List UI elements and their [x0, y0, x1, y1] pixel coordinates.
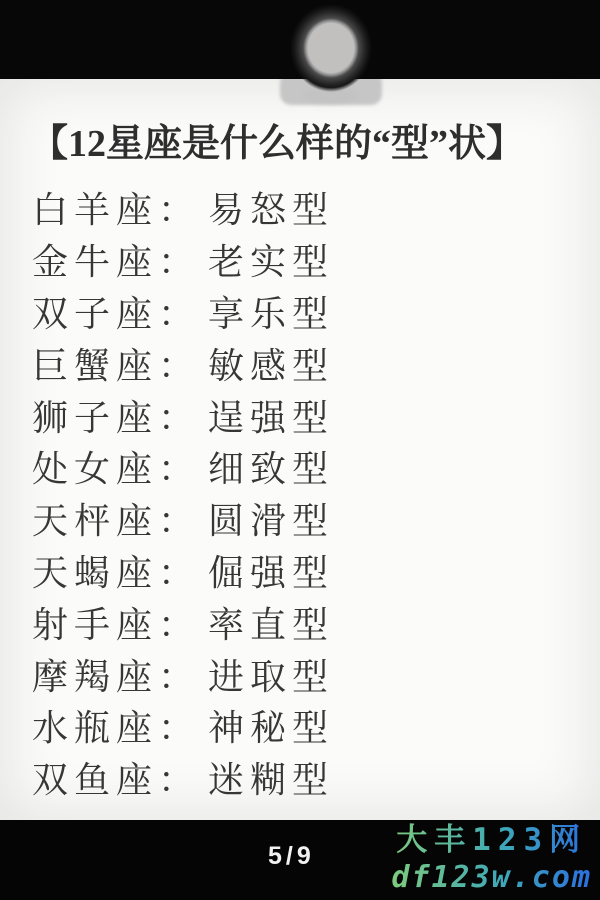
zodiac-row-aries: 白羊座： 易怒型	[32, 182, 600, 234]
camera-lens-icon	[290, 4, 372, 92]
zodiac-type: 敏感型	[208, 338, 334, 389]
zodiac-type: 迷糊型	[208, 752, 334, 803]
zodiac-row-taurus: 金牛座： 老实型	[32, 234, 600, 286]
zodiac-row-virgo: 处女座： 细致型	[32, 441, 600, 493]
zodiac-sign: 双鱼座：	[32, 752, 200, 803]
zodiac-sign: 狮子座：	[32, 390, 200, 441]
zodiac-type: 圆滑型	[208, 493, 334, 544]
bottom-black-bar: 5/9 大丰123网 df123w.com	[0, 820, 600, 900]
zodiac-sign: 处女座：	[32, 441, 200, 492]
zodiac-row-aquarius: 水瓶座： 神秘型	[32, 700, 600, 752]
zodiac-type: 逞强型	[208, 390, 334, 441]
zodiac-type: 神秘型	[208, 700, 334, 751]
watermark: 大丰123网 df123w.com	[391, 821, 592, 897]
content-area: 【12星座是什么样的“型”状】 白羊座： 易怒型 金牛座： 老实型 双子座： 享…	[0, 79, 600, 820]
zodiac-sign: 天枰座：	[32, 493, 200, 544]
zodiac-type: 享乐型	[208, 286, 334, 337]
zodiac-type: 细致型	[208, 441, 334, 492]
zodiac-type: 易怒型	[208, 182, 334, 233]
zodiac-type: 进取型	[208, 649, 334, 700]
zodiac-row-sagittarius: 射手座： 率直型	[32, 596, 600, 648]
watermark-site-url: df123w.com	[391, 859, 592, 897]
zodiac-sign: 摩羯座：	[32, 649, 200, 700]
watermark-site-name: 大丰123网	[391, 821, 592, 859]
zodiac-row-gemini: 双子座： 享乐型	[32, 286, 600, 338]
zodiac-row-pisces: 双鱼座： 迷糊型	[32, 752, 600, 804]
page-indicator: 5/9	[268, 842, 315, 871]
zodiac-sign: 巨蟹座：	[32, 338, 200, 389]
zodiac-row-capricorn: 摩羯座： 进取型	[32, 648, 600, 700]
zodiac-list: 白羊座： 易怒型 金牛座： 老实型 双子座： 享乐型 巨蟹座： 敏感型 狮子座：…	[32, 182, 600, 804]
zodiac-type: 老实型	[208, 234, 334, 285]
zodiac-sign: 金牛座：	[32, 234, 200, 285]
zodiac-sign: 射手座：	[32, 597, 200, 648]
zodiac-type: 倔强型	[208, 545, 334, 596]
zodiac-sign: 双子座：	[32, 286, 200, 337]
photo-viewer-screen: 【12星座是什么样的“型”状】 白羊座： 易怒型 金牛座： 老实型 双子座： 享…	[0, 0, 600, 900]
zodiac-sign: 白羊座：	[32, 182, 200, 233]
zodiac-type: 率直型	[208, 597, 334, 648]
zodiac-row-scorpio: 天蝎座： 倔强型	[32, 545, 600, 597]
zodiac-sign: 天蝎座：	[32, 545, 200, 596]
zodiac-row-cancer: 巨蟹座： 敏感型	[32, 337, 600, 389]
zodiac-row-leo: 狮子座： 逞强型	[32, 389, 600, 441]
zodiac-sign: 水瓶座：	[32, 700, 200, 751]
zodiac-row-libra: 天枰座： 圆滑型	[32, 493, 600, 545]
page-title: 【12星座是什么样的“型”状】	[30, 120, 600, 168]
